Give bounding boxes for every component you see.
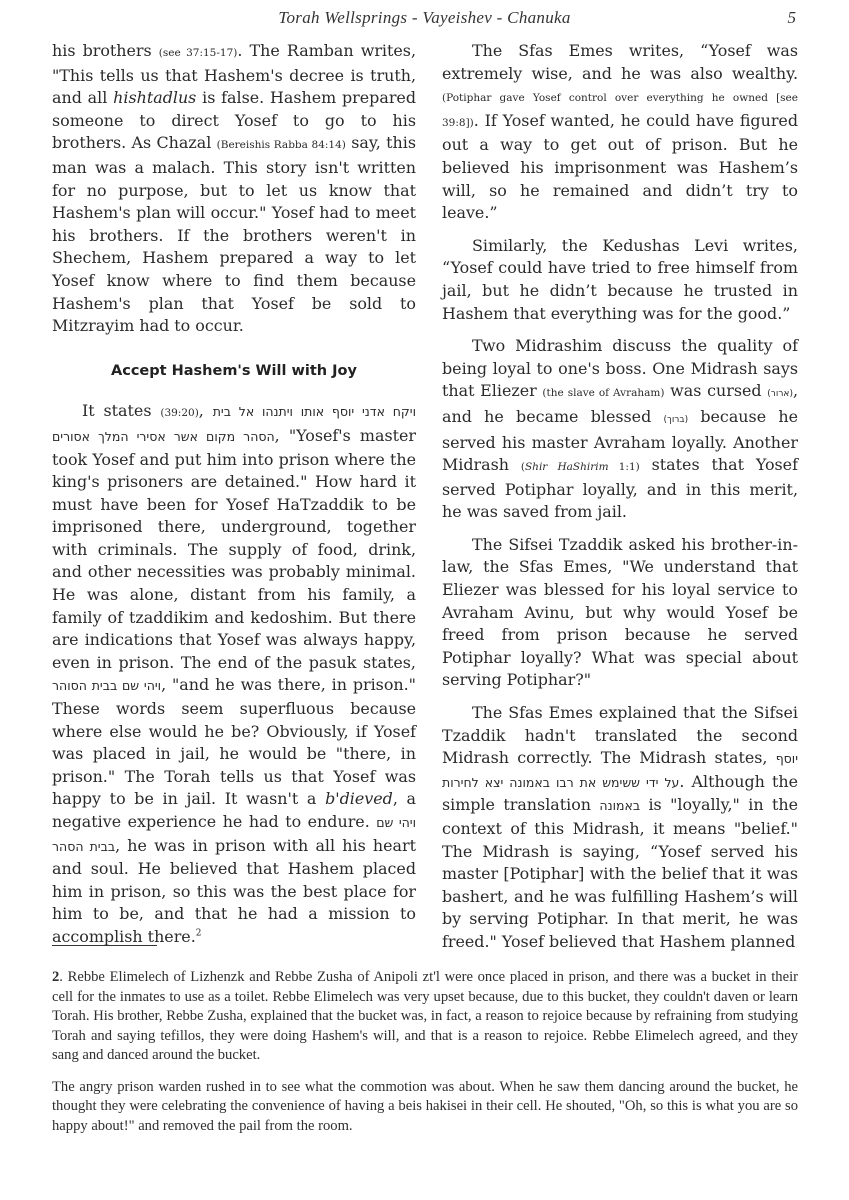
text: The Sfas Emes explained that the Sifsei …	[442, 703, 798, 767]
italic-term: hishtadlus	[113, 88, 196, 107]
left-column: his brothers (see 37:15-17). The Ramban …	[52, 40, 416, 959]
section-heading: Accept Hashem's Will with Joy	[52, 360, 416, 383]
footnote-text: . Rebbe Elimelech of Lizhenzk and Rebbe …	[52, 969, 798, 1063]
text: ,	[199, 401, 213, 420]
citation: (Bereishis Rabba 84:14)	[217, 139, 346, 151]
text: was cursed	[664, 381, 767, 400]
paragraph: his brothers (see 37:15-17). The Ramban …	[52, 40, 416, 338]
footnote-continuation: The angry prison warden rushed in to see…	[52, 1078, 798, 1137]
text: . If Yosef wanted, he could have figured…	[442, 111, 798, 222]
right-column: The Sfas Emes writes, “Yosef was extreme…	[442, 40, 798, 964]
page-number: 5	[788, 8, 797, 28]
text: his brothers	[52, 41, 159, 60]
citation: (Shir HaShirim 1:1)	[521, 461, 640, 473]
paragraph: Two Midrashim discuss the quality of bei…	[442, 335, 798, 524]
paragraph: The Sfas Emes explained that the Sifsei …	[442, 702, 798, 954]
page-header: Torah Wellsprings - Vayeishev - Chanuka …	[0, 6, 849, 34]
footnote-reference[interactable]: 2	[196, 929, 202, 939]
paragraph: The Sifsei Tzaddik asked his brother-in-…	[442, 534, 798, 692]
parenthetical-note: (the slave of Avraham)	[542, 387, 664, 399]
paragraph: It states (39:20), ויקח אדני יוסף אותו ו…	[52, 400, 416, 948]
text: 1:1	[609, 461, 636, 473]
text: It states	[82, 401, 160, 420]
hebrew-word: (ברוך)	[664, 415, 689, 425]
footnote-divider	[52, 945, 157, 946]
citation: (39:20)	[160, 407, 198, 419]
running-title: Torah Wellsprings - Vayeishev - Chanuka	[0, 8, 849, 28]
text: The Sfas Emes writes, “Yosef was extreme…	[442, 41, 798, 83]
text: say, this man was a malach. This story i…	[52, 133, 416, 335]
footnote-area: 2. Rebbe Elimelech of Lizhenzk and Rebbe…	[52, 968, 798, 1148]
text: is "loyally," in the context of this Mid…	[442, 795, 798, 951]
hebrew-quote: ויהי שם בבית הסוהר	[52, 678, 161, 693]
text: , "Yosef's master took Yosef and put him…	[52, 426, 416, 672]
paragraph: The Sfas Emes writes, “Yosef was extreme…	[442, 40, 798, 225]
citation: (see 37:15-17)	[159, 47, 238, 59]
italic-source: Shir HaShirim	[525, 461, 609, 473]
hebrew-word: באמונה	[599, 798, 640, 813]
hebrew-word: (ארור)	[767, 389, 793, 399]
footnote: 2. Rebbe Elimelech of Lizhenzk and Rebbe…	[52, 968, 798, 1066]
paragraph: Similarly, the Kedushas Levi writes, “Yo…	[442, 235, 798, 325]
italic-term: b'dieved	[325, 789, 393, 808]
